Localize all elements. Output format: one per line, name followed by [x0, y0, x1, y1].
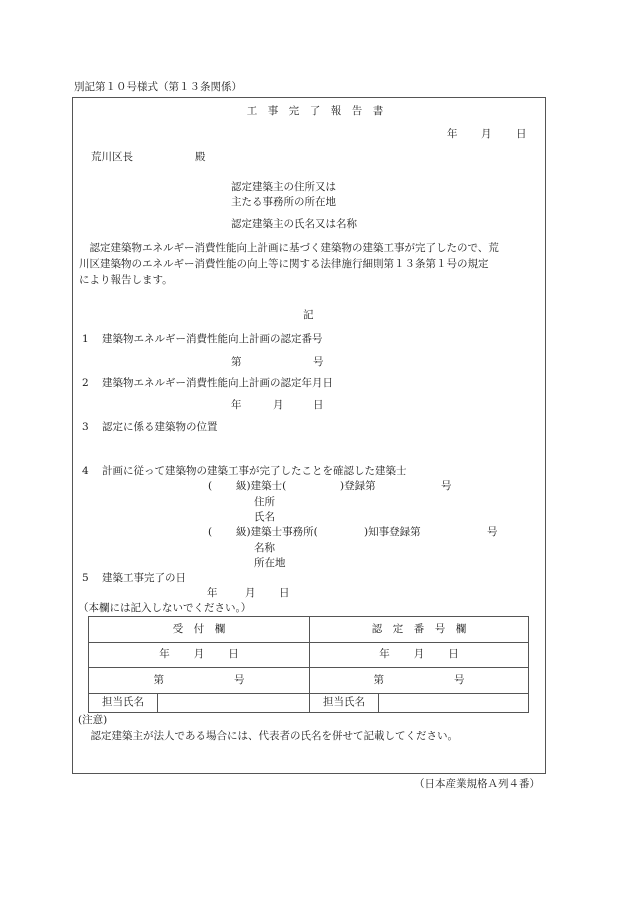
item-2-day: 日 [313, 400, 324, 411]
office-registration-no: 号 [487, 527, 498, 538]
reception-dai: 第 [154, 675, 165, 686]
certification-day: 日 [448, 649, 459, 660]
office-grade-open: ( [208, 527, 212, 538]
report-date-month[interactable]: 月 [481, 129, 492, 140]
document-title: 工 事 完 了 報 告 書 [235, 106, 395, 117]
paper-size-note: （日本産業規格Ａ列４番） [414, 779, 540, 790]
report-date-day[interactable]: 日 [516, 129, 527, 140]
item-4-label: 計画に従って建築物の建築工事が完了したことを確認した建築士 [102, 466, 407, 477]
certification-year: 年 [379, 649, 390, 660]
form-label: 別記第１０号様式（第１３条関係） [74, 82, 242, 93]
applicant-address-label-2: 主たる事務所の所在地 [231, 197, 336, 208]
reception-staff-field[interactable] [158, 693, 309, 712]
ki-heading: 記 [303, 310, 314, 321]
reception-date-row: 年 月 日 [89, 642, 309, 667]
addressee-honorific: 殿 [195, 152, 206, 163]
certification-staff-label: 担当氏名 [310, 693, 378, 712]
report-date-year[interactable]: 年 [447, 129, 458, 140]
office-location-label: 所在地 [254, 558, 286, 569]
notes-text: 認定建築主が法人である場合には、代表者の氏名を併せて記載してください。 [80, 731, 458, 742]
architect-grade-label: 級)建築士( [236, 481, 286, 492]
item-5-label: 建築工事完了の日 [102, 573, 186, 584]
reception-go: 号 [234, 675, 245, 686]
office-use-note: （本欄には記入しないでください。） [78, 603, 251, 614]
certification-go: 号 [454, 675, 465, 686]
item-2-month: 月 [273, 400, 284, 411]
office-name-label: 名称 [254, 543, 275, 554]
item-1-go: 号 [313, 357, 324, 368]
certification-date-row: 年 月 日 [310, 642, 528, 667]
body-text-line-2: 川区建築物のエネルギー消費性能の向上等に関する法律施行細則第１３条第１号の規定 [79, 259, 489, 270]
reception-number-row: 第 号 [89, 667, 309, 693]
item-5-month: 月 [245, 588, 256, 599]
reception-month: 月 [194, 649, 205, 660]
reception-header: 受 付 欄 [89, 617, 309, 642]
item-1-label: 建築物エネルギー消費性能向上計画の認定番号 [102, 334, 323, 345]
item-1-number: 1 [82, 334, 89, 345]
item-5-number: 5 [82, 573, 89, 584]
applicant-name-label: 認定建築主の氏名又は名称 [231, 219, 357, 230]
certification-month: 月 [414, 649, 425, 660]
architect-registration-no: 号 [441, 481, 452, 492]
item-1-dai: 第 [231, 357, 242, 368]
item-2-year: 年 [231, 400, 242, 411]
architect-grade-open: ( [208, 481, 212, 492]
item-4-number: 4 [82, 466, 89, 477]
certification-dai: 第 [374, 675, 385, 686]
architect-address-label: 住所 [254, 497, 275, 508]
certification-number-row: 第 号 [310, 667, 528, 693]
item-3-label: 認定に係る建築物の位置 [102, 422, 218, 433]
architect-name-label: 氏名 [254, 512, 275, 523]
item-5-day: 日 [279, 588, 290, 599]
item-5-year: 年 [207, 588, 218, 599]
body-text-line-1: 認定建築物エネルギー消費性能向上計画に基づく建築物の建築工事が完了したので、荒 [79, 243, 499, 254]
item-2-number: 2 [82, 378, 89, 389]
body-text-line-3: により報告します。 [79, 275, 173, 286]
item-3-number: 3 [82, 422, 89, 433]
architect-registration-label: )登録第 [340, 481, 376, 492]
certification-staff-field[interactable] [379, 693, 528, 712]
office-grade-label: 級)建築士事務所( [236, 527, 318, 538]
reception-year: 年 [159, 649, 170, 660]
item-2-label: 建築物エネルギー消費性能向上計画の認定年月日 [102, 378, 333, 389]
addressee-name: 荒川区長 [91, 152, 133, 163]
office-use-table: 受 付 欄 年 月 日 第 号 担当氏名 認 定 番 号 欄 年 月 日 第 号… [88, 616, 529, 713]
notes-heading: (注意) [78, 715, 107, 726]
applicant-address-label-1: 認定建築主の住所又は [231, 182, 336, 193]
reception-staff-label: 担当氏名 [89, 693, 157, 712]
office-registration-label: )知事登録第 [364, 527, 421, 538]
reception-day: 日 [228, 649, 239, 660]
certification-number-header: 認 定 番 号 欄 [310, 617, 528, 642]
